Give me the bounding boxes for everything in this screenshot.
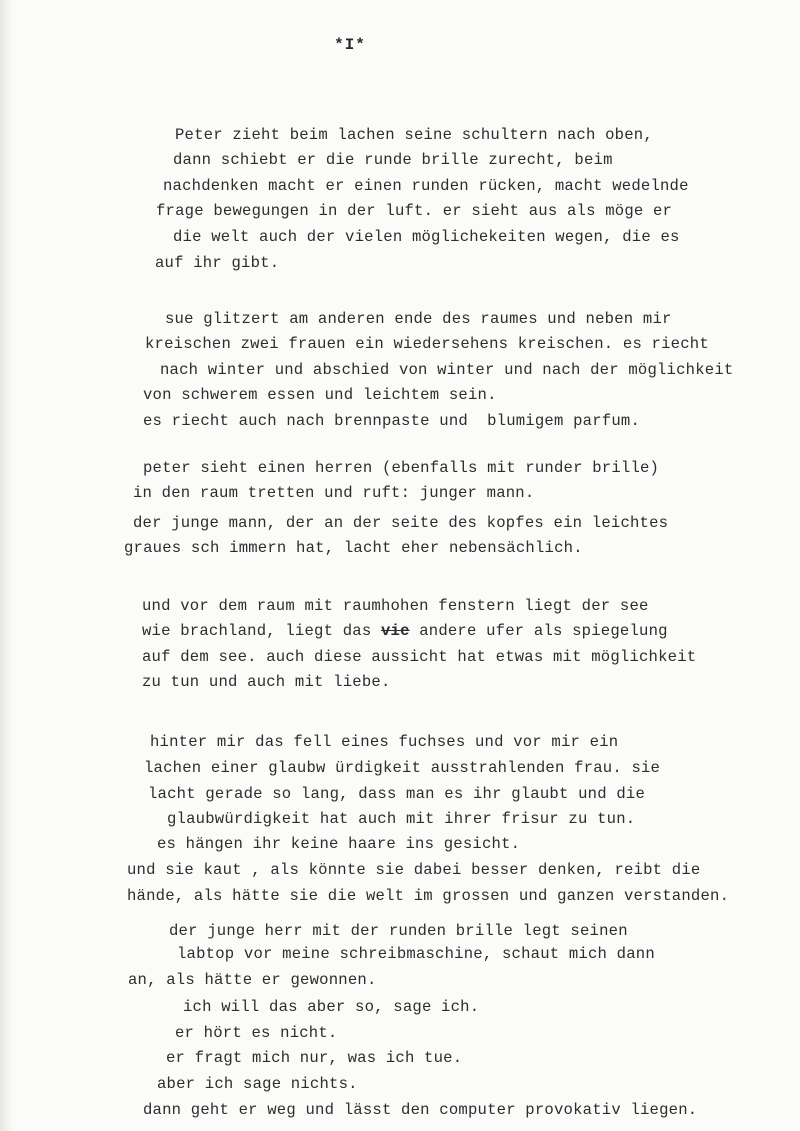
text-line: aber ich sage nichts. <box>157 1075 358 1093</box>
text-line: sue glitzert am anderen ende des raumes … <box>165 310 672 328</box>
text-line: peter sieht einen herren (ebenfalls mit … <box>143 459 659 477</box>
page-title: *I* <box>0 36 700 54</box>
text-fragment: andere ufer als spiegelung <box>419 622 668 640</box>
text-line: hände, als hätte sie die welt im grossen… <box>127 887 729 905</box>
text-line: der junge mann, der an der seite des kop… <box>133 514 668 532</box>
struck-word: vie <box>381 622 410 640</box>
text-line: lacht gerade so lang, dass man es ihr gl… <box>148 785 645 803</box>
text-line: nach winter und abschied von winter und … <box>160 361 733 379</box>
text-line: frage bewegungen in der luft. er sieht a… <box>156 202 672 220</box>
text-fragment: wie brachland, liegt das <box>142 622 371 640</box>
text-line: dann geht er weg und lässt den computer … <box>143 1101 697 1119</box>
text-line: ich will das aber so, sage ich. <box>183 998 479 1016</box>
text-line: nachdenken macht er einen runden rücken,… <box>163 177 689 195</box>
text-line: hinter mir das fell eines fuchses und vo… <box>150 733 618 751</box>
text-line: es riecht auch nach brennpaste und blumi… <box>143 412 640 430</box>
text-line: lachen einer glaubw ürdigkeit ausstrahle… <box>144 759 660 777</box>
text-line: und sie kaut , als könnte sie dabei bess… <box>127 861 700 879</box>
text-line: der junge herr mit der runden brille leg… <box>169 922 628 940</box>
text-line: er fragt mich nur, was ich tue. <box>166 1049 462 1067</box>
text-line: die welt auch der vielen möglichekeiten … <box>173 228 680 246</box>
text-line: wie brachland, liegt das vie andere ufer… <box>142 622 668 640</box>
text-line: auf dem see. auch diese aussicht hat etw… <box>142 648 696 666</box>
text-line: es hängen ihr keine haare ins gesicht. <box>157 835 520 853</box>
text-line: dann schiebt er die runde brille zurecht… <box>173 151 613 169</box>
text-line: in den raum tretten und ruft: junger man… <box>133 484 534 502</box>
text-line: kreischen zwei frauen ein wiedersehens k… <box>145 335 709 353</box>
text-line: zu tun und auch mit liebe. <box>142 673 391 691</box>
text-line: labtop vor meine schreibmaschine, schaut… <box>177 945 655 963</box>
text-line: graues sch immern hat, lacht eher nebens… <box>124 539 583 557</box>
text-line: von schwerem essen und leichtem sein. <box>143 386 497 404</box>
text-line: an, als hätte er gewonnen. <box>128 971 377 989</box>
text-line: glaubwürdigkeit hat auch mit ihrer frisu… <box>167 810 635 828</box>
page-edge <box>0 0 14 1131</box>
text-line: er hört es nicht. <box>175 1024 337 1042</box>
text-line: auf ihr gibt. <box>155 254 279 272</box>
text-line: Peter zieht beim lachen seine schultern … <box>175 126 653 144</box>
text-line: und vor dem raum mit raumhohen fenstern … <box>142 597 649 615</box>
